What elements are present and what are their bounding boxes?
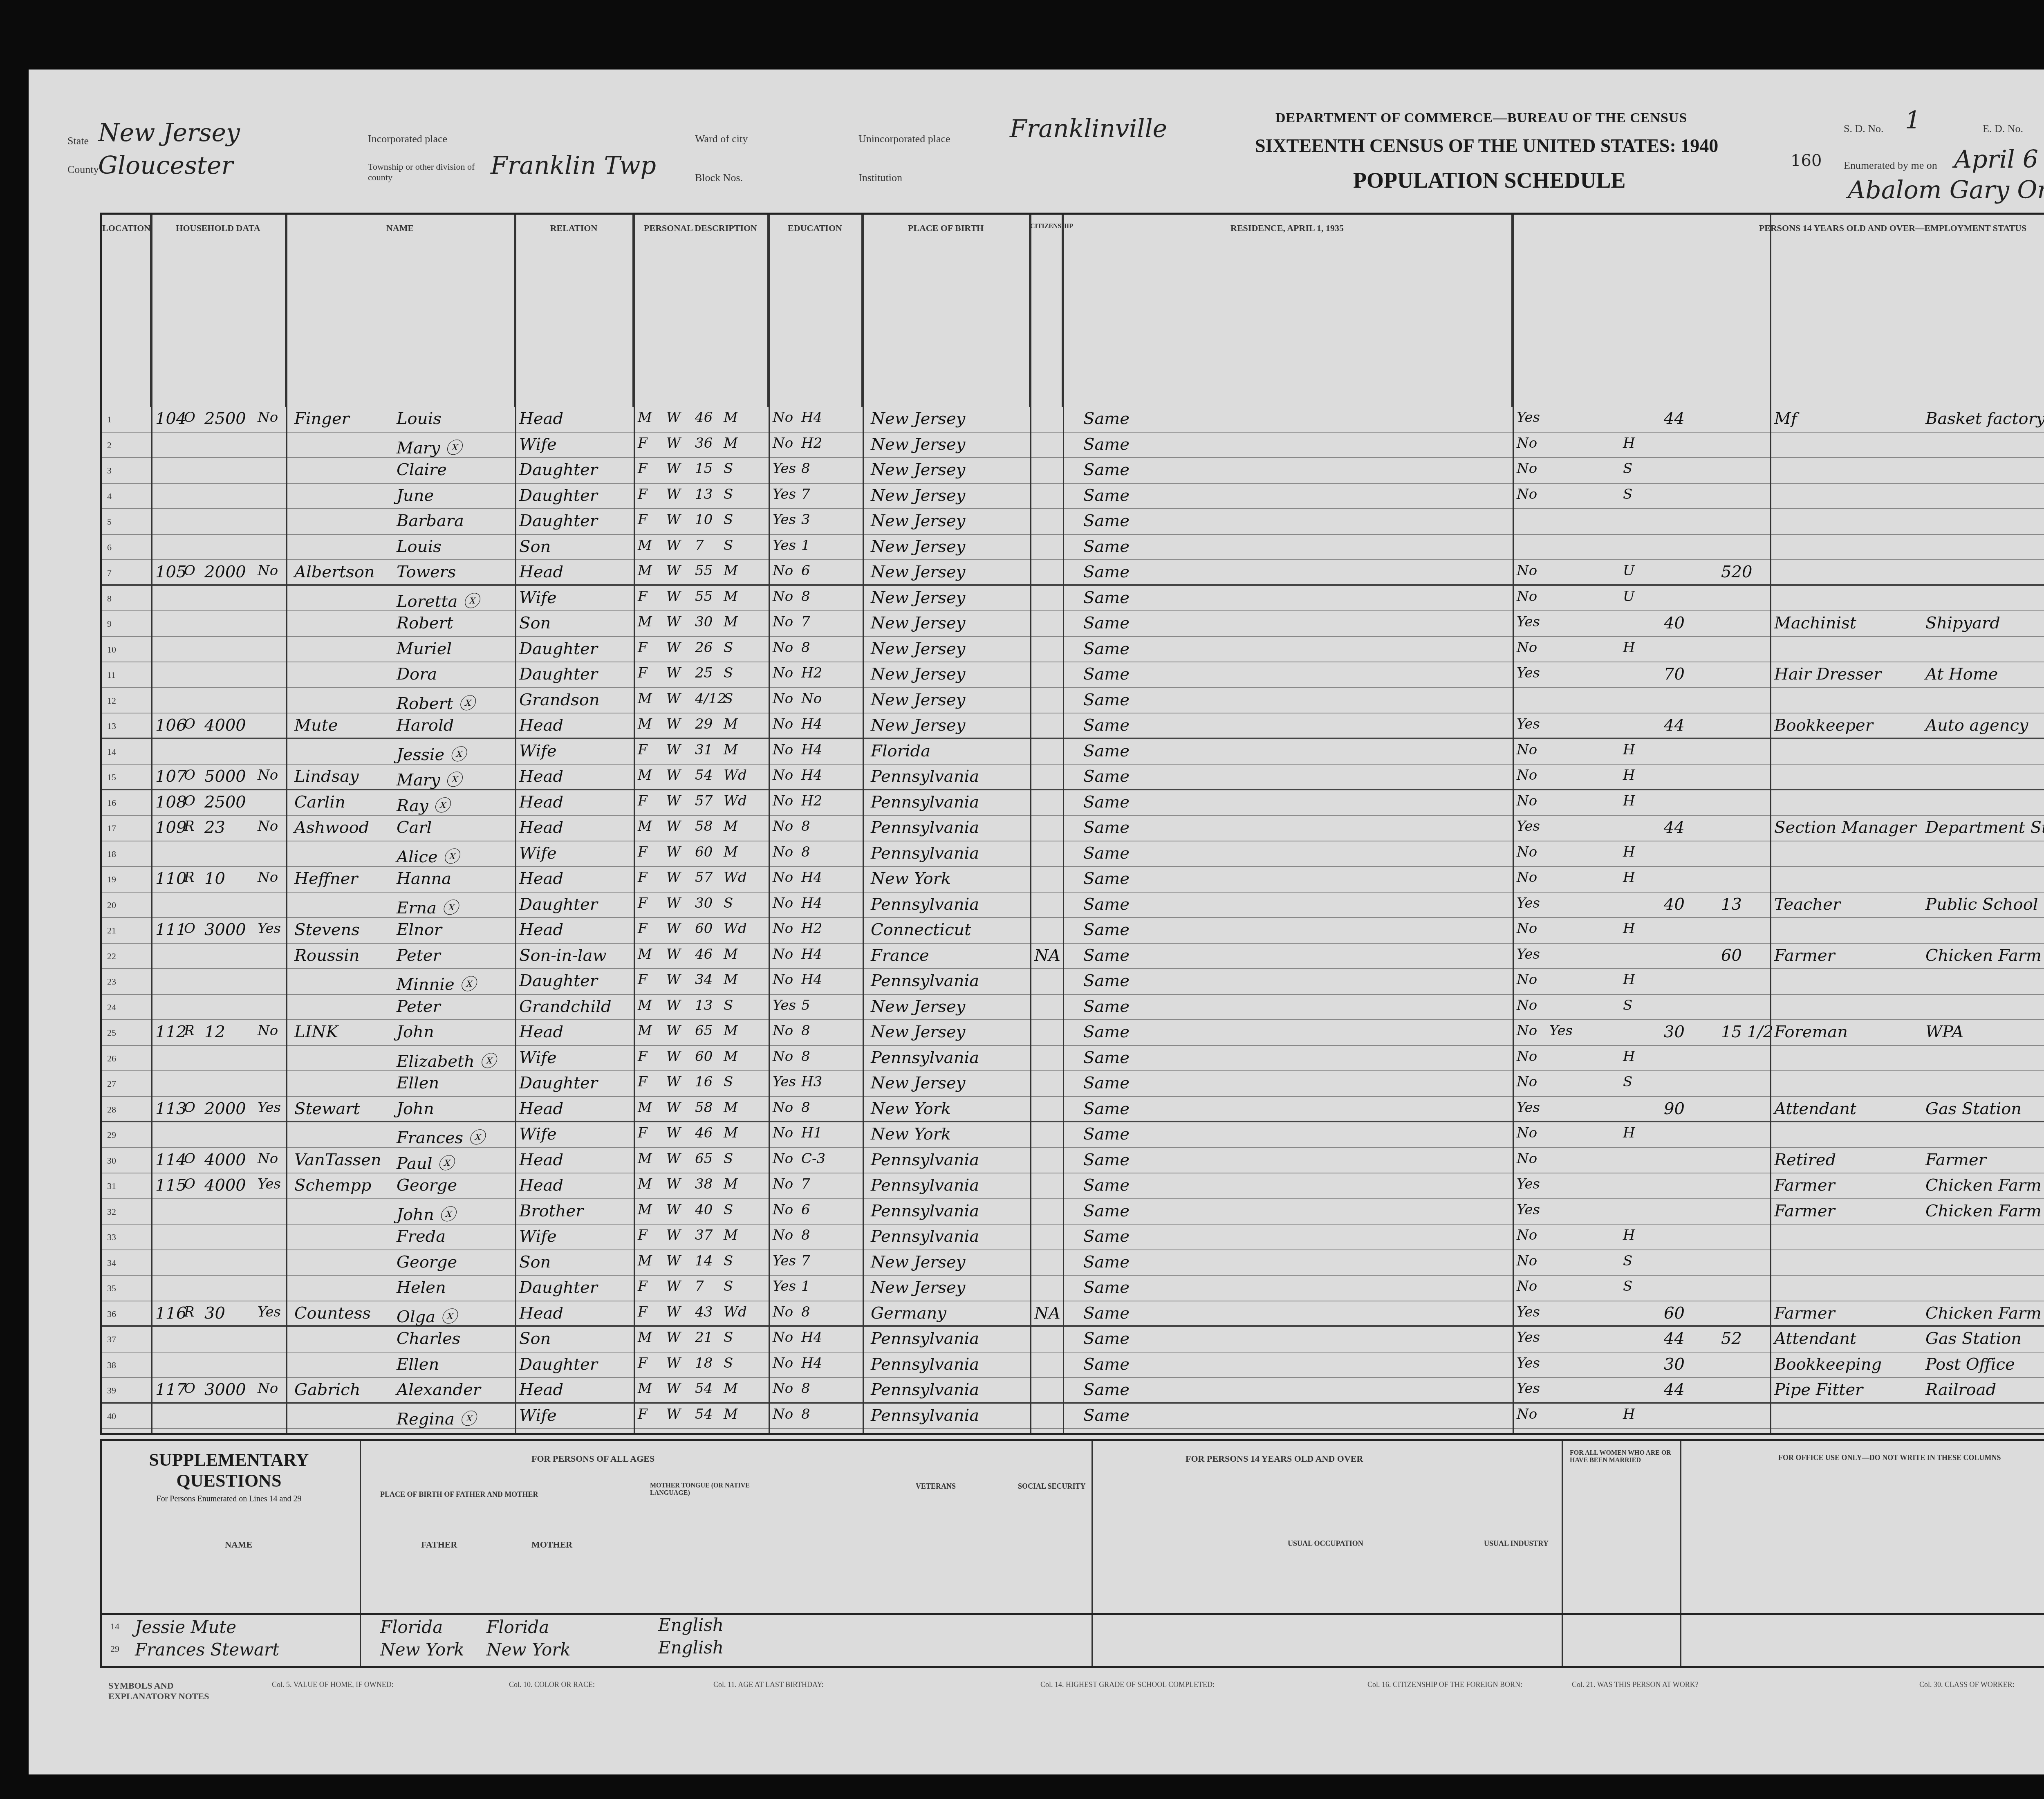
note-col5: Col. 5. VALUE OF HOME, IF OWNED: [272,1680,394,1689]
cell-dwelling-number: 105 [155,563,186,581]
cell-race: W [666,793,681,809]
cell-marital-status: S [724,511,733,528]
cell-sex: F [638,793,648,809]
cell-at-work: Yes [1517,1329,1540,1346]
cell-dwelling-number: 114 [155,1151,186,1169]
cell-given-name: Alexander [397,1380,481,1399]
cell-occupation-status: H [1623,844,1635,860]
cell-highest-grade: 7 [801,1176,810,1192]
cell-attending-school: No [773,793,793,809]
cell-sex: F [638,1048,648,1065]
cell-given-name: Claire [397,460,447,479]
table-row: 1616108O2500CarlinRay ⓧHeadFW57WdNoH2Pen… [102,790,2044,816]
cell-birthplace: Pennsylvania [871,1329,979,1348]
supp-language: English [658,1637,724,1658]
cell-sex: F [638,1227,648,1243]
cell-at-work: Yes [1517,1099,1540,1116]
cell-marital-status: S [724,1202,733,1218]
cell-sex: M [638,537,652,554]
cell-surname: Albertson [294,563,375,581]
line-number: 19 [107,874,116,885]
cell-hours-worked: 70 [1664,665,1685,684]
cell-race: W [666,563,681,579]
cell-birthplace: New Jersey [871,460,965,479]
cell-highest-grade: 8 [801,1048,810,1065]
cell-industry: Basket factory [1925,409,2044,428]
cell-at-work: No [1517,1048,1537,1065]
cell-highest-grade: H4 [801,767,822,783]
cell-relation: Head [519,1023,563,1041]
cell-attending-school: No [773,1176,793,1192]
cell-attending-school: No [773,742,793,758]
cell-age: 37 [695,1227,713,1243]
veterans-heading: VETERANS [916,1482,956,1491]
col-group-employment: PERSONS 14 YEARS OLD AND OVER—EMPLOYMENT… [1513,215,2044,407]
cell-marital-status: S [724,537,733,554]
cell-age: 7 [695,537,704,554]
township-label: Township or other division of county [368,162,482,183]
cell-residence-1935: Same [1083,1380,1130,1399]
cell-occupation-status: H [1623,742,1635,758]
cell-given-name: George [397,1253,457,1272]
cell-birthplace: New Jersey [871,1074,965,1092]
cell-birthplace: New Jersey [871,665,965,684]
cell-given-name: Elizabeth ⓧ [397,1048,496,1072]
column-divider [1030,215,1031,1433]
cell-highest-grade: H4 [801,1355,822,1371]
cell-marital-status: M [724,946,738,962]
cell-given-name: Louis [397,409,442,428]
cell-home-value: 10 [204,869,225,888]
sd-value: 1 [1905,106,1921,135]
cell-at-work: Yes [1517,716,1540,732]
cell-relation: Wife [519,844,557,863]
cell-attending-school: No [773,614,793,630]
cell-age: 60 [695,920,713,937]
cell-marital-status: S [724,691,733,707]
cell-at-work: Yes [1517,1176,1540,1192]
line-number: 25 [107,1027,116,1038]
cell-given-name: Mary ⓧ [397,435,462,458]
line-number: 4 [107,491,112,502]
cell-race: W [666,742,681,758]
cell-sex: F [638,844,648,860]
cell-residence-1935: Same [1083,1125,1130,1144]
line-number: 32 [107,1207,116,1217]
cell-highest-grade: 7 [801,486,810,502]
cell-farm-residence: Yes [258,1304,281,1320]
cell-home-value: 5000 [204,767,246,786]
cell-age: 46 [695,409,713,426]
table-row: 2121111O3000YesStevensElnorHeadFW60WdNoH… [102,918,2044,944]
cell-birthplace: Pennsylvania [871,1406,979,1425]
cell-birthplace: Florida [871,742,930,760]
cell-given-name: Charles [397,1329,460,1348]
father-col: FATHER [421,1539,457,1550]
cell-age: 36 [695,435,713,451]
cell-residence-1935: Same [1083,537,1130,556]
cell-industry: Public School [1925,895,2038,914]
cell-occupation-status: S [1623,1278,1632,1294]
cell-birthplace: Pennsylvania [871,971,979,990]
cell-relation: Daughter [519,460,598,479]
cell-attending-school: No [773,1380,793,1397]
cell-attending-school: No [773,844,793,860]
line-number: 21 [107,925,116,936]
cell-sex: F [638,460,648,477]
cell-residence-1935: Same [1083,614,1130,633]
cell-at-work: No [1517,1278,1537,1294]
cell-residence-1935: Same [1083,1023,1130,1041]
cell-race: W [666,588,681,605]
cell-industry: Gas Station [1925,1099,2022,1118]
cell-home-value: 2000 [204,563,246,581]
cell-given-name: Towers [397,563,456,581]
cell-age: 46 [695,946,713,962]
cell-age: 10 [695,511,713,528]
cell-at-work: No [1517,971,1537,988]
table-row: 2020Erna ⓧDaughterFW30SNoH4PennsylvaniaS… [102,893,2044,918]
cell-attending-school: No [773,691,793,707]
cell-sex: M [638,1023,652,1039]
cell-relation: Son [519,614,551,633]
cell-marital-status: M [724,1048,738,1065]
cell-age: 43 [695,1304,713,1320]
cell-dwelling-number: 115 [155,1176,186,1195]
cell-marital-status: Wd [724,1304,747,1320]
cell-marital-status: M [724,409,738,426]
cell-sex: M [638,1151,652,1167]
unincorporated-value: Franklinville [1010,114,1167,143]
cell-attending-school: Yes [773,997,796,1014]
cell-occupation: Farmer [1774,1304,1835,1323]
cell-surname: VanTassen [294,1151,381,1169]
line-number: 28 [107,1104,116,1115]
cell-age: 31 [695,742,713,758]
line-number: 2 [107,440,112,451]
cell-sex: M [638,1329,652,1346]
cell-home-owned: O [184,1151,195,1167]
cell-at-work: No [1517,997,1537,1014]
cell-at-work: No [1517,1406,1537,1422]
table-row: 2929Frances ⓧWifeFW46MNoH1New YorkSameNo… [102,1122,2044,1148]
cell-highest-grade: 8 [801,1406,810,1422]
line-number: 16 [107,798,116,808]
cell-at-work: No [1517,1227,1537,1243]
cell-residence-1935: Same [1083,869,1130,888]
birth-parents-heading: PLACE OF BIRTH OF FATHER AND MOTHER [380,1490,538,1499]
cell-highest-grade: H2 [801,435,822,451]
line-number: 1 [107,414,112,425]
cell-relation: Wife [519,1227,557,1246]
cell-industry: Auto agency [1925,716,2028,735]
cell-age: 30 [695,895,713,911]
column-divider [769,215,770,1433]
cell-given-name: Mary ⓧ [397,767,462,790]
cell-highest-grade: H1 [801,1125,822,1141]
cell-age: 58 [695,1099,713,1116]
cell-marital-status: Wd [724,920,747,937]
cell-relation: Head [519,1176,563,1195]
cell-home-owned: O [184,767,195,783]
table-row: 55BarbaraDaughterFW10SYes3New JerseySame [102,509,2044,535]
incorporated-label: Incorporated place [368,133,447,145]
cell-relation: Daughter [519,1074,598,1092]
cell-birthplace: Pennsylvania [871,1048,979,1067]
cell-occupation: Retired [1774,1151,1836,1169]
cell-highest-grade: 8 [801,1380,810,1397]
table-row: 77105O2000NoAlbertsonTowersHeadMW55MNo6N… [102,560,2044,586]
cell-residence-1935: Same [1083,1304,1130,1323]
cell-home-owned: O [184,716,195,732]
cell-occupation: Foreman [1774,1023,1848,1041]
cell-marital-status: Wd [724,793,747,809]
cell-highest-grade: H4 [801,409,822,426]
cell-sex: F [638,920,648,937]
cell-given-name: Hanna [397,869,451,888]
cell-occupation-status: H [1623,1125,1635,1141]
line-number: 26 [107,1053,116,1064]
cell-race: W [666,665,681,681]
cell-race: W [666,639,681,656]
cell-attending-school: Yes [773,460,796,477]
table-row: 1212Robert ⓧGrandsonMW4/12SNoNoNew Jerse… [102,688,2044,714]
cell-occupation-status: H [1623,920,1635,937]
cell-given-name: John [397,1023,434,1041]
cell-race: W [666,614,681,630]
cell-attending-school: No [773,563,793,579]
note-col11: Col. 11. AGE AT LAST BIRTHDAY: [713,1680,824,1689]
cell-farm-residence: No [258,869,278,886]
enumerated-label: Enumerated by me on [1844,159,1937,172]
cell-age: 34 [695,971,713,988]
cell-dwelling-number: 117 [155,1380,186,1399]
col-group-personal: PERSONAL DESCRIPTION [634,215,769,407]
column-divider [515,215,516,1433]
cell-dwelling-number: 106 [155,716,186,735]
cell-highest-grade: 7 [801,614,810,630]
cell-at-work: No [1517,588,1537,605]
cell-highest-grade: H2 [801,920,822,937]
cell-occupation: Bookkeeping [1774,1355,1882,1374]
cell-dwelling-number: 104 [155,409,186,428]
column-divider [151,215,152,1433]
cell-sex: F [638,1355,648,1371]
line-number: 34 [107,1258,116,1268]
cell-occupation: Teacher [1774,895,1840,914]
cell-relation: Wife [519,1125,557,1144]
cell-sex: F [638,742,648,758]
cell-given-name: Muriel [397,639,452,658]
cell-occupation: Bookkeeper [1774,716,1873,735]
cell-attending-school: No [773,409,793,426]
cell-sex: F [638,1304,648,1320]
table-row: 1818Alice ⓧWifeFW60MNo8PennsylvaniaSameN… [102,841,2044,867]
schedule-title: POPULATION SCHEDULE [1353,168,1626,193]
supp-mother-birthplace: Florida [486,1617,549,1637]
cell-hours-worked: 90 [1664,1099,1685,1118]
cell-surname: Heffner [294,869,358,888]
cell-sex: F [638,971,648,988]
supp-language: English [658,1615,724,1635]
cell-farm-residence: No [258,1023,278,1039]
all-ages-heading: FOR PERSONS OF ALL AGES [531,1454,654,1464]
cell-highest-grade: 6 [801,1202,810,1218]
enumerator-name: Abalom Gary Orant [1848,176,2044,204]
col-group-residence: RESIDENCE, APRIL 1, 1935 [1063,215,1513,407]
cell-industry: Gas Station [1925,1329,2022,1348]
cell-sex: M [638,716,652,732]
cell-given-name: Frances ⓧ [397,1125,485,1148]
stamp-number: 160 [1791,151,1822,170]
cell-home-value: 2500 [204,409,246,428]
name-col: NAME [225,1539,252,1550]
cell-home-owned: R [184,818,195,834]
cell-attending-school: Yes [773,1278,796,1294]
line-number: 33 [107,1232,116,1243]
cell-age: 29 [695,716,713,732]
cell-age: 55 [695,563,713,579]
cell-given-name: June [397,486,434,505]
cell-attending-school: No [773,435,793,451]
cell-age: 4/12 [695,691,726,707]
cell-age: 57 [695,869,713,886]
cell-citizenship: NA [1034,1304,1060,1323]
cell-surname: Mute [294,716,338,735]
cell-farm-residence: No [258,818,278,834]
cell-relation: Daughter [519,511,598,530]
cell-sex: M [638,946,652,962]
table-row: 2626Elizabeth ⓧWifeFW60MNo8PennsylvaniaS… [102,1046,2044,1072]
cell-industry: WPA [1925,1023,1963,1041]
cell-race: W [666,1406,681,1422]
symbols-label: SYMBOLS AND EXPLANATORY NOTES [108,1680,215,1702]
cell-given-name: Loretta ⓧ [397,588,479,612]
cell-surname: Roussin [294,946,360,965]
cell-sex: F [638,1406,648,1422]
cell-relation: Wife [519,1048,557,1067]
cell-dwelling-number: 112 [155,1023,186,1041]
cell-given-name: Peter [397,997,441,1016]
cell-race: W [666,1278,681,1294]
cell-highest-grade: H4 [801,1329,822,1346]
cell-home-value: 3000 [204,920,246,939]
cell-highest-grade: H4 [801,971,822,988]
cell-weeks-unemployed: 52 [1721,1329,1742,1348]
cell-hours-worked: 40 [1664,614,1685,633]
table-row: 1111DoraDaughterFW25SNoH2New JerseySameY… [102,662,2044,688]
cell-weeks-unemployed: 60 [1721,946,1742,965]
table-row: 3737CharlesSonMW21SNoH4PennsylvaniaSameY… [102,1327,2044,1353]
cell-race: W [666,895,681,911]
cell-residence-1935: Same [1083,895,1130,914]
line-number: 12 [107,695,116,706]
cell-attending-school: No [773,1151,793,1167]
cell-farm-residence: No [258,1151,278,1167]
cell-highest-grade: H4 [801,716,822,732]
cell-home-value: 4000 [204,1176,246,1195]
usual-occupation-col: USUAL OCCUPATION [1288,1539,1363,1548]
cell-relation: Head [519,409,563,428]
cell-highest-grade: 6 [801,563,810,579]
line-number: 11 [107,670,116,680]
col-group-household: HOUSEHOLD DATA [151,215,286,407]
cell-race: W [666,920,681,937]
cell-attending-school: No [773,920,793,937]
cell-highest-grade: 1 [801,1278,810,1294]
cell-birthplace: New Jersey [871,588,965,607]
cell-race: W [666,818,681,834]
line-number: 30 [107,1155,116,1166]
cell-relation: Head [519,1304,563,1323]
cell-weeks-unemployed: 15 1/2 [1721,1023,1773,1041]
cell-sex: F [638,511,648,528]
cell-race: W [666,1329,681,1346]
cell-relation: Daughter [519,971,598,990]
table-row: 22Mary ⓧWifeFW36MNoH2New JerseySameNoH [102,433,2044,458]
cell-age: 13 [695,486,713,502]
supplementary-questions: SUPPLEMENTARY QUESTIONS For Persons Enum… [100,1439,2044,1668]
county-label: County [67,164,99,176]
line-number: 37 [107,1334,116,1345]
cell-relation: Head [519,818,563,837]
table-row: 3434GeorgeSonMW14SYes7New JerseySameNoS [102,1250,2044,1276]
cell-industry: Shipyard [1925,614,2000,633]
cell-given-name: Ray ⓧ [397,793,450,816]
cell-sex: F [638,588,648,605]
census-title: SIXTEENTH CENSUS OF THE UNITED STATES: 1… [1255,135,1718,157]
enumerated-date: April 6 [1954,145,2038,174]
cell-hours-worked: 44 [1664,1329,1685,1348]
table-row: 2828113O2000YesStewartJohnHeadMW58MNo8Ne… [102,1097,2044,1123]
county-value: Gloucester [98,151,233,180]
cell-given-name: Louis [397,537,442,556]
cell-sex: F [638,1125,648,1141]
cell-highest-grade: H3 [801,1074,822,1090]
cell-farm-residence: Yes [258,920,281,937]
cell-sex: M [638,1099,652,1116]
cell-home-value: 30 [204,1304,225,1323]
cell-residence-1935: Same [1083,563,1130,581]
cell-hours-worked: 60 [1664,1304,1685,1323]
cell-race: W [666,537,681,554]
line-number: 36 [107,1309,116,1319]
cell-birthplace: New Jersey [871,997,965,1016]
cell-race: W [666,1202,681,1218]
line-number: 6 [107,542,112,553]
state-label: State [67,135,89,147]
cell-sex: M [638,997,652,1014]
cell-industry: Department Store [1925,818,2044,837]
cell-home-owned: R [184,1304,195,1320]
cell-attending-school: No [773,1023,793,1039]
institution-label: Institution [858,172,902,184]
table-row: 1414Jessie ⓧWifeFW31MNoH4FloridaSameNoH [102,739,2044,765]
column-divider [1770,215,1771,1433]
cell-marital-status: Wd [724,767,747,783]
cell-home-owned: O [184,1380,195,1397]
cell-race: W [666,767,681,783]
table-row: 33ClaireDaughterFW15SYes8New JerseySameN… [102,458,2044,484]
cell-race: W [666,486,681,502]
cell-birthplace: New Jersey [871,1253,965,1272]
cell-at-work: No [1517,793,1537,809]
cell-marital-status: S [724,1253,733,1269]
line-number: 31 [107,1181,116,1191]
cell-birthplace: New Jersey [871,486,965,505]
over14-heading: FOR PERSONS 14 YEARS OLD AND OVER [1186,1454,1363,1464]
cell-surname: Lindsay [294,767,359,786]
